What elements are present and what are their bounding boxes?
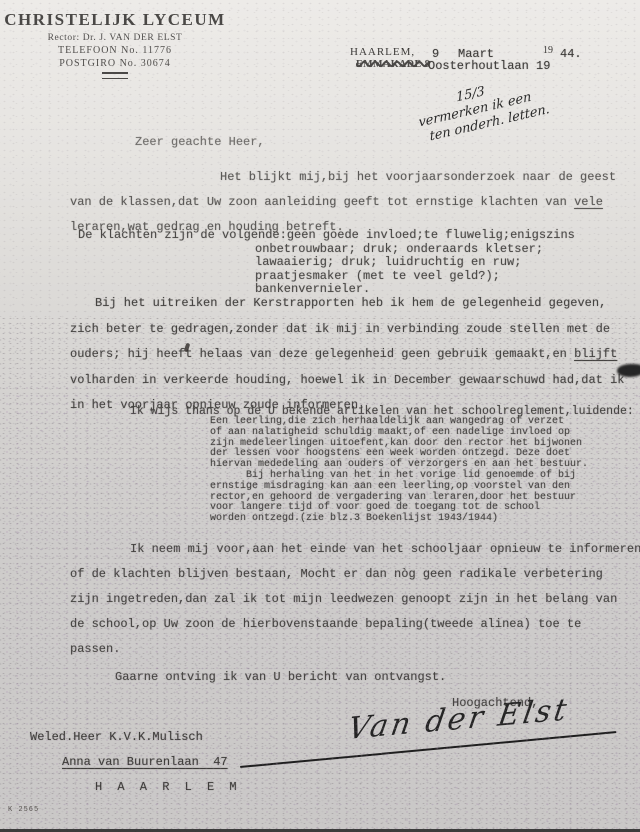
reglement-quote: Een leerling,die zich herhaaldelijk aan …	[210, 417, 588, 525]
rector-line: Rector: Dr. J. VAN DER ELST	[4, 33, 226, 43]
recipient-name: Weled.Heer K.V.K.Mulisch	[30, 730, 203, 744]
recipient-city: H A A R L E M	[95, 780, 241, 794]
complaints-list: De klachten zijn de volgende:geen goede …	[70, 229, 575, 297]
letterhead-rule	[102, 72, 128, 79]
school-name: CHRISTELIJK LYCEUM	[4, 10, 226, 30]
scanned-letter-page: CHRISTELIJK LYCEUM Rector: Dr. J. VAN DE…	[0, 0, 640, 832]
telefoon-line: TELEFOON No. 11776	[4, 45, 226, 56]
paragraph-ontvangst: Gaarne ontving ik van U bericht van ontv…	[70, 665, 446, 690]
underline-blijft: blijft	[574, 347, 617, 361]
underline-vele: vele	[574, 195, 603, 209]
dateline-year-preprint: 19	[543, 45, 553, 56]
print-code: K 2565	[8, 806, 39, 814]
ink-smudge-right-edge	[617, 364, 640, 377]
paragraph-intro-text-a: Het blijkt mij,bij het voorjaarsonderzoe…	[70, 170, 616, 209]
recipient-street: Anna van Buurenlaan 47	[62, 755, 228, 769]
paragraph-kerstrapport-text-a: Bij het uitreiken der Kerstrapporten heb…	[70, 296, 610, 361]
salutation: Zeer geachte Heer,	[135, 130, 265, 155]
dateline-year: 44.	[560, 47, 582, 61]
letterhead: CHRISTELIJK LYCEUM Rector: Dr. J. VAN DE…	[4, 10, 226, 79]
postgiro-line: POSTGIRO No. 30674	[4, 58, 226, 69]
old-address-strikethrough: EMMAKADE 8	[356, 59, 430, 70]
typed-address: Oosterhoutlaan 19	[428, 59, 550, 73]
dateline-city: HAARLEM,	[350, 46, 415, 58]
paragraph-voornemen: Ik neem mij voor,aan het einde van het s…	[70, 537, 640, 662]
recipient-street-text: Anna van Buurenlaan 47	[62, 755, 228, 769]
